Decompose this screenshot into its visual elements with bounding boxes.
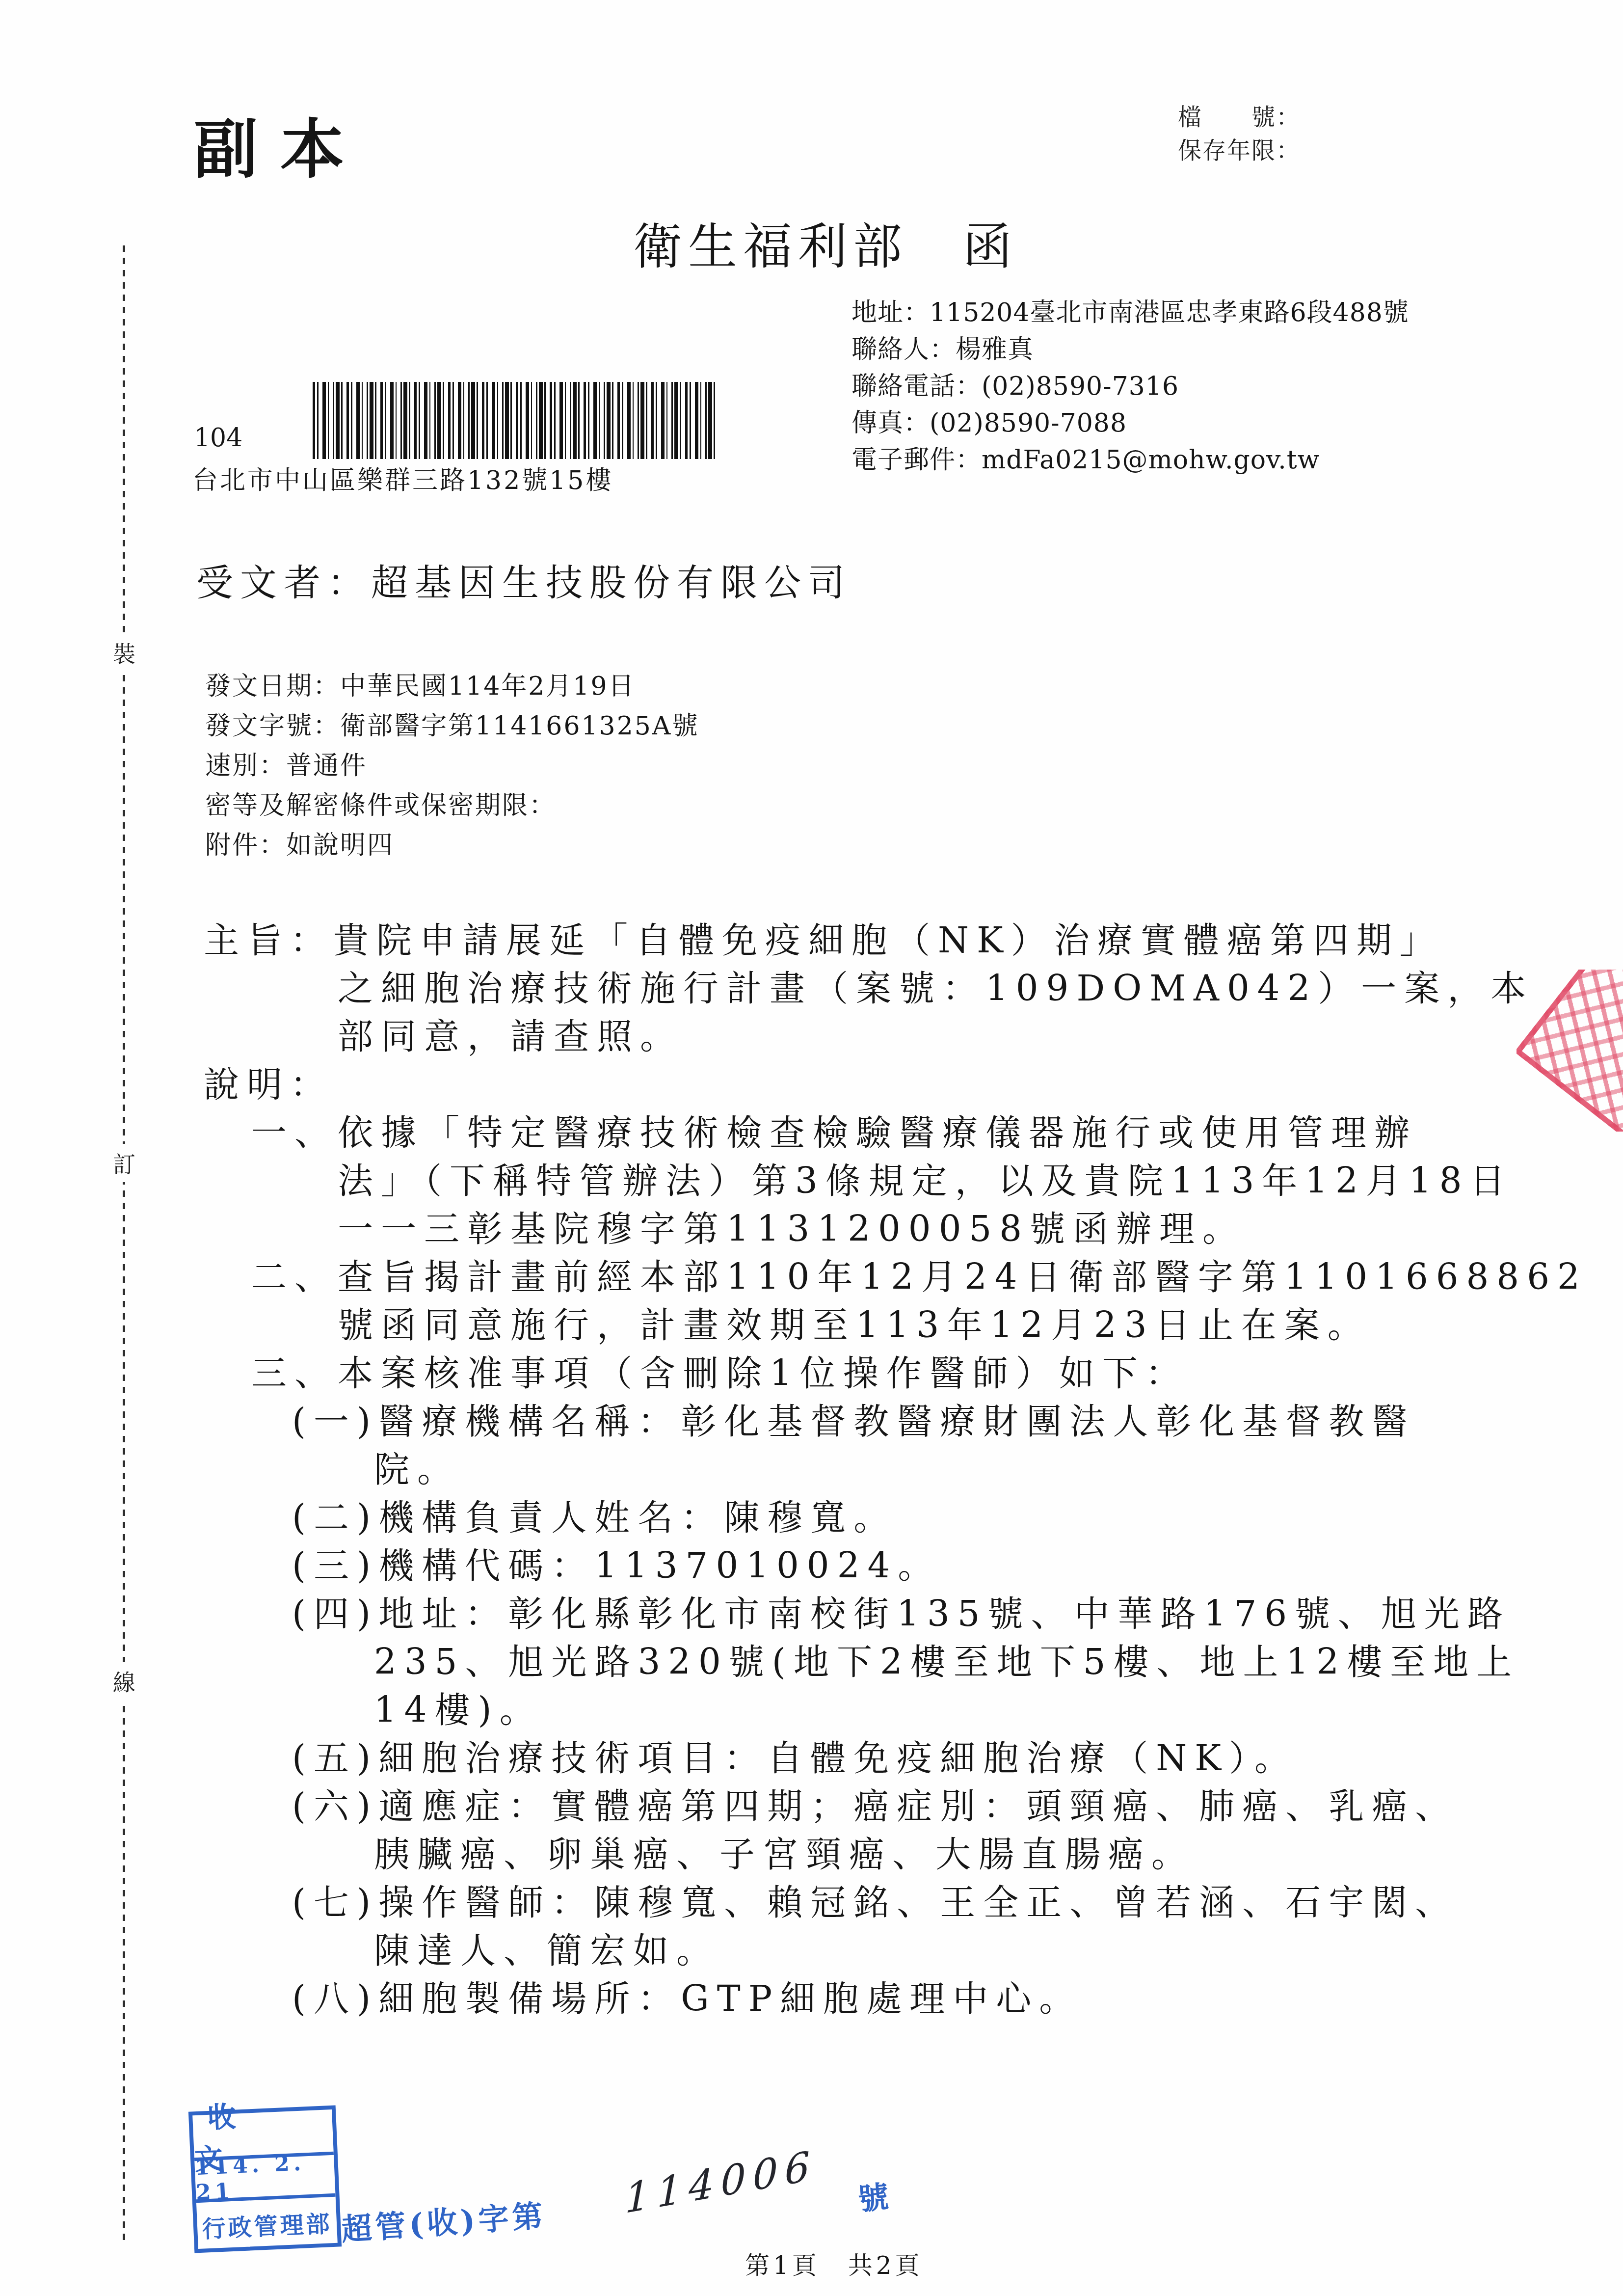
priority-line: 速別：普通件 [205,745,367,782]
ref-number-suffix-stamp: 號 [856,2172,890,2218]
binding-mark-zhuang: 裝 [110,633,138,672]
body-line: 二、查旨揭計畫前經本部110年12月24日衛部醫字第1101668862 [251,1248,1588,1299]
body-line: (一)醫療機構名稱：彰化基督教醫療財團法人彰化基督教醫 [292,1393,1415,1444]
body-line: 235、旭光路320號(地下2樓至地下5樓、地上12樓至地上 [374,1633,1519,1684]
body-line: 號函同意施行，計畫效期至113年12月23日止在案。 [338,1297,1371,1348]
page-number-footer: 第1頁 共2頁 [745,2246,923,2281]
retention-period-label: 保存年限： [1178,132,1301,165]
received-stamp-date: 114. 2. 21 [194,2155,335,2203]
body-line: (六)適應症：實體癌第四期；癌症別：頭頸癌、肺癌、乳癌、 [292,1778,1458,1829]
attachment-line: 附件：如說明四 [205,824,394,861]
recipient-mailing-address: 台北市中山區樂群三路132號15樓 [192,459,613,496]
recipient-zip-code: 104 [194,423,242,453]
mailing-barcode [313,382,717,459]
recipient-line: 受文者：超基因生技股份有限公司 [196,554,851,606]
red-seal-lattice [1517,970,1623,1132]
sender-address: 地址：115204臺北市南港區忠孝東路6段488號 [851,292,1409,328]
classification-line: 密等及解密條件或保密期限： [205,784,556,821]
received-stamp-department: 行政管理部 [196,2197,338,2252]
issue-date-line: 發文日期：中華民國114年2月19日 [205,665,636,702]
body-line: (五)細胞治療技術項目：自體免疫細胞治療（NK）。 [292,1729,1298,1781]
sender-phone: 聯絡電話：(02)8590-7316 [851,365,1179,402]
body-line: 主旨：貴院申請展延「自體免疫細胞（NK）治療實體癌第四期」 [204,912,1443,963]
handwritten-ref-number: 114006 [625,2142,817,2223]
received-stamp: 收 文 114. 2. 21 行政管理部 [188,2106,342,2253]
binding-mark-ding: 訂 [110,1144,138,1182]
body-line: 14樓)。 [374,1681,543,1732]
partial-red-seal-stamp [1517,970,1623,1132]
body-line: (四)地址：彰化縣彰化市南校街135號、中華路176號、旭光路 [292,1585,1511,1636]
scanned-letter-page: 裝 訂 線 副本 檔 號： 保存年限： 衛生福利部 函 地址：115204臺北市… [0,0,1623,2296]
body-line: 一一三彰基院穆字第1131200058號函辦理。 [338,1200,1246,1251]
body-line: 部同意，請查照。 [338,1008,683,1059]
body-line: 一、依據「特定醫療技術檢查檢驗醫療儀器施行或使用管理辦 [251,1104,1417,1155]
body-line: 說明： [204,1056,333,1107]
document-title: 衛生福利部 函 [633,207,1018,278]
issue-number-line: 發文字號：衛部醫字第1141661325A號 [205,705,699,742]
file-number-label: 檔 號： [1178,98,1301,132]
body-line: 法」（下稱特管辦法）第3條規定，以及貴院113年12月18日 [338,1152,1513,1203]
sender-fax: 傳真：(02)8590-7088 [851,402,1127,439]
body-line: (三)機構代碼：1137010024。 [292,1537,941,1588]
sender-contact-person: 聯絡人：楊雅真 [851,328,1034,365]
binding-dashed-line [123,245,125,2246]
sender-email: 電子郵件：mdFa0215@mohw.gov.tw [851,439,1320,476]
body-line: 之細胞治療技術施行計畫（案號：109DOMA042）一案，本 [338,960,1534,1011]
binding-mark-xian: 線 [110,1662,138,1700]
body-line: (二)機構負責人姓名：陳穆寬。 [292,1489,897,1540]
body-line: (七)操作醫師：陳穆寬、賴冠銘、王全正、曾若涵、石宇閎、 [292,1874,1458,1925]
body-line: 陳達人、簡宏如。 [374,1922,719,1973]
body-line: 胰臟癌、卵巢癌、子宮頸癌、大腸直腸癌。 [374,1826,1195,1877]
body-line: (八)細胞製備場所：GTP細胞處理中心。 [292,1970,1082,2021]
copy-label: 副本 [194,98,367,190]
body-line: 院。 [374,1441,460,1492]
ref-number-prefix-stamp: 超管(收)字第 [340,2191,547,2249]
body-line: 三、本案核准事項（含刪除1位操作醫師）如下： [251,1345,1189,1396]
